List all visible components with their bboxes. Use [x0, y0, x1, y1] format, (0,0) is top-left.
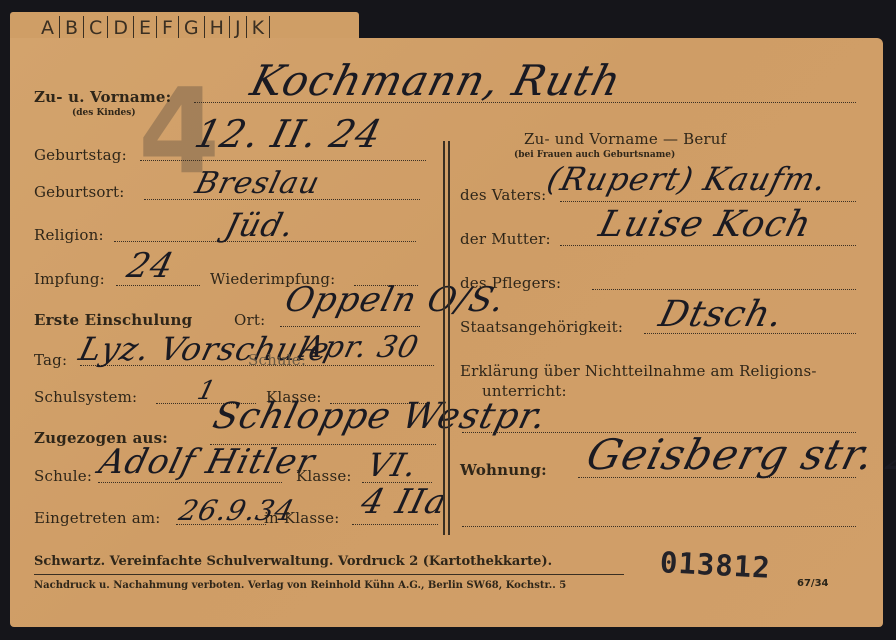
imprint-line: Nachdruck u. Nachahmung verboten. Verlag… [34, 580, 566, 591]
birthday-value: 12. II. 24 [191, 112, 387, 156]
child-name-sublabel: (des Kindes) [72, 108, 136, 118]
alphabet-index: A B C D E F G H J K [36, 14, 270, 41]
index-letter-h: H [205, 16, 230, 40]
school-label: Schule: [248, 351, 306, 369]
index-letter-c: C [84, 16, 108, 40]
column-divider-left [443, 141, 445, 535]
child-name-value: Kochmann, Ruth [246, 56, 627, 105]
school2-label: Schule: [34, 467, 92, 485]
index-letter-k: K [247, 16, 270, 40]
serial-number: 013812 [659, 545, 771, 585]
school-system-label: Schulsystem: [34, 388, 137, 406]
residence-line-2 [462, 526, 856, 527]
entered-label: Eingetreten am: [34, 509, 161, 527]
in-class-value: 4 IIa [357, 482, 452, 522]
birthday-line [140, 160, 426, 161]
residence-label: Wohnung: [460, 461, 547, 479]
in-class-label: in Klasse: [264, 509, 340, 527]
index-letter-b: B [60, 16, 84, 40]
school2-line [98, 482, 282, 483]
place-line [280, 326, 420, 327]
form-code: 67/34 [797, 578, 828, 589]
mother-value: Luise Koch [595, 204, 816, 245]
child-name-label: Zu- u. Vorname: [34, 88, 171, 106]
school-value: Apr. 30 [298, 330, 423, 365]
vaccination-label: Impfung: [34, 270, 105, 288]
first-schooling-label: Erste Einschulung [34, 311, 192, 329]
class2-value: VI. [363, 446, 421, 484]
religion-opt-out-label: Erklärung über Nichtteilnahme am Religio… [460, 362, 817, 380]
day-label: Tag: [34, 351, 67, 369]
father-label: des Vaters: [460, 186, 546, 204]
birthday-label: Geburtstag: [34, 146, 127, 164]
father-value: (Rupert) Kaufm. [543, 160, 831, 198]
publisher-line: Schwartz. Vereinfachte Schulverwaltung. … [34, 554, 552, 569]
citizenship-value: Dtsch. [655, 294, 788, 335]
index-letter-d: D [108, 16, 134, 40]
index-letter-g: G [179, 16, 205, 40]
religion-opt-out-label-2: unterricht: [482, 382, 567, 400]
footer-rule [34, 574, 624, 575]
father-line [560, 201, 856, 202]
index-letter-j: J [230, 16, 247, 40]
citizenship-label: Staatsangehörigkeit: [460, 318, 623, 336]
column-divider-right [448, 141, 450, 535]
religion-value: Jüd. [221, 206, 299, 244]
moved-from-value: Schloppe Westpr. [209, 396, 551, 437]
parents-header: Zu- und Vorname — Beruf [524, 130, 726, 148]
guardian-line [592, 289, 856, 290]
religion-label: Religion: [34, 226, 104, 244]
class2-label: Klasse: [296, 467, 352, 485]
mother-line [560, 245, 856, 246]
school2-value: Adolf Hitler [95, 442, 319, 482]
index-letter-e: E [134, 16, 157, 40]
index-letter-a: A [36, 16, 60, 40]
birthplace-value: Breslau [192, 166, 324, 201]
birthplace-label: Geburtsort: [34, 183, 125, 201]
residence-value: Geisberg str. 29 [582, 430, 896, 479]
index-letter-f: F [157, 16, 179, 40]
mother-label: der Mutter: [460, 230, 551, 248]
place-label: Ort: [234, 311, 265, 329]
parents-header-sub: (bei Frauen auch Geburtsname) [514, 150, 675, 160]
guardian-label: des Pflegers: [460, 274, 561, 292]
in-class-line [352, 524, 438, 525]
